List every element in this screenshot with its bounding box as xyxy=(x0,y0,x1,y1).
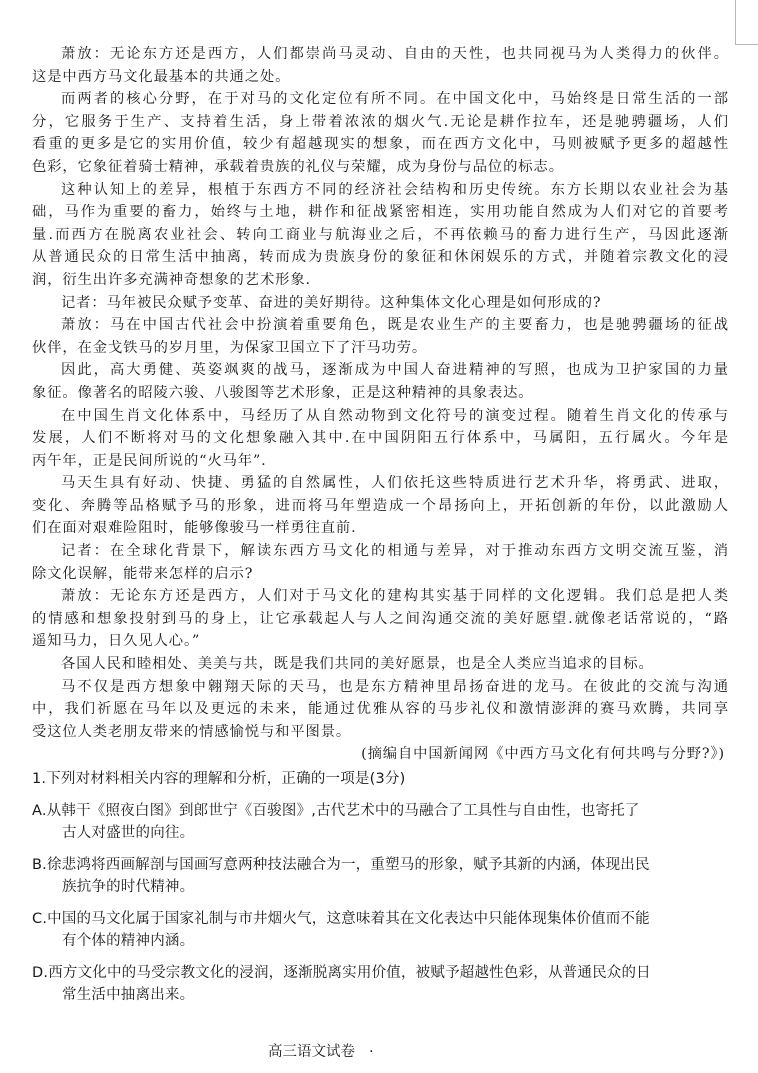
passage-line: 各国人民和睦相处、美美与共，既是我们共同的美好愿景，也是全人类应当追求的目标。 xyxy=(32,653,729,676)
option-text: 西方文化中的马受宗教文化的浸润，逐渐脱离实用价值，被赋予超越性色彩，从普通民众的… xyxy=(48,965,651,981)
option-letter: A. xyxy=(32,803,47,819)
passage-line: 受这位人类老朋友带来的情感愉悦与和平图景。 xyxy=(32,721,729,744)
option-text-continued: 常生活中抽离出来。 xyxy=(32,984,732,1007)
paragraph: 这种认知上的差异，根植于东西方不同的经济社会结构和历史传统。东方长期以农业社会为… xyxy=(32,179,729,292)
option-a[interactable]: A.从韩干《照夜白图》到郎世宁《百骏图》,古代艺术中的马融合了工具性与自由性，也… xyxy=(32,800,732,845)
passage-line: 萧放：无论东方还是西方，人们对于马文化的建构其实基于同样的文化逻辑。我们总是把人… xyxy=(32,585,729,608)
passage-line: 发展，人们不断将对马的文化想象融入其中.在中国阴阳五行体系中，马属阳，五行属火。… xyxy=(32,427,729,450)
passage-line: 萧放：马在中国古代社会中扮演着重要角色，既是农业生产的主要畜力，也是驰骋疆场的征… xyxy=(32,314,729,337)
passage-source-citation: (摘编自中国新闻网《中西方马文化有何共鸣与分野?》) xyxy=(32,743,729,766)
passage-line: 量.而西方在脱离农业社会、转向工商业与航海业之后，不再依赖马的畜力进行生产，马因… xyxy=(32,224,729,247)
passage-line: 因此，高大勇健、英姿飒爽的战马，逐渐成为中国人奋进精神的写照，也成为卫护家国的力… xyxy=(32,359,729,382)
paragraph: 记者：马年被民众赋予变革、奋进的美好期待。这种集体文化心理是如何形成的? xyxy=(32,292,729,315)
paragraph: 在中国生肖文化体系中，马经历了从自然动物到文化符号的演变过程。随着生肖文化的传承… xyxy=(32,405,729,473)
option-text-continued: 有个体的精神内涵。 xyxy=(32,930,732,953)
passage-line: 们在面对艰难险阻时，能够像骏马一样勇往直前. xyxy=(32,517,729,540)
footer-page-dot: · xyxy=(369,1044,374,1060)
reading-passage: 萧放：无论东方还是西方，人们都崇尚马灵动、自由的天性，也共同视马为人类得力的伙伴… xyxy=(32,43,729,766)
footer-title: 高三语文试卷 xyxy=(268,1044,355,1060)
passage-line: 马天生具有好动、快捷、勇猛的自然属性，人们依托这些特质进行艺术升华，将勇武、进取… xyxy=(32,472,729,495)
paragraph: 萧放：无论东方还是西方，人们都崇尚马灵动、自由的天性，也共同视马为人类得力的伙伴… xyxy=(32,43,729,88)
page-corner-crop-mark xyxy=(735,0,758,45)
paragraph: 马天生具有好动、快捷、勇猛的自然属性，人们依托这些特质进行艺术升华，将勇武、进取… xyxy=(32,472,729,540)
passage-line: 丙午年，正是民间所说的“火马年”. xyxy=(32,450,729,473)
passage-line: 从普通民众的日常生活中抽离，转而成为贵族身份的象征和休闲娱乐的方式，并随着宗教文… xyxy=(32,246,729,269)
passage-line: 的情感和想象投射到马的身上，让它承载起人与人之间沟通交流的美好愿望.就像老话常说… xyxy=(32,608,729,631)
paragraph: 各国人民和睦相处、美美与共，既是我们共同的美好愿景，也是全人类应当追求的目标。 xyxy=(32,653,729,676)
option-text-continued: 族抗争的时代精神。 xyxy=(32,876,732,899)
option-text: 从韩干《照夜白图》到郎世宁《百骏图》,古代艺术中的马融合了工具性与自由性，也寄托… xyxy=(47,803,640,819)
passage-line: 而两者的核心分野，在于对马的文化定位有所不同。在中国文化中，马始终是日常生活的一… xyxy=(32,88,729,111)
passage-line: 础，马作为重要的畜力，始终与土地，耕作和征战紧密相连，实用功能自然成为人们对它的… xyxy=(32,201,729,224)
paragraph: 因此，高大勇健、英姿飒爽的战马，逐渐成为中国人奋进精神的写照，也成为卫护家国的力… xyxy=(32,359,729,404)
option-letter: D. xyxy=(32,965,48,981)
paragraph: 而两者的核心分野，在于对马的文化定位有所不同。在中国文化中，马始终是日常生活的一… xyxy=(32,88,729,178)
option-letter: C. xyxy=(32,911,47,927)
passage-line: 遥知马力，日久见人心。” xyxy=(32,630,729,653)
passage-line: 马不仅是西方想象中翱翔天际的天马，也是东方精神里昂扬奋进的龙马。在彼此的交流与沟… xyxy=(32,676,729,699)
option-b[interactable]: B.徐悲鸿将西画解剖与国画写意两种技法融合为一，重塑马的形象，赋予其新的内涵，体… xyxy=(32,854,732,899)
page-footer: 高三语文试卷· xyxy=(268,1040,374,1061)
option-letter: B. xyxy=(32,857,47,873)
passage-line: 中，我们祈愿在马年以及更远的未来，能通过优雅从容的马步礼仪和激情澎湃的赛马欢腾，… xyxy=(32,698,729,721)
option-text-continued: 古人对盛世的向往。 xyxy=(32,822,732,845)
passage-line: 在中国生肖文化体系中，马经历了从自然动物到文化符号的演变过程。随着生肖文化的传承… xyxy=(32,405,729,428)
passage-line: 这是中西方马文化最基本的共通之处。 xyxy=(32,66,729,89)
option-c[interactable]: C.中国的马文化属于国家礼制与市井烟火气，这意味着其在文化表达中只能体现集体价值… xyxy=(32,908,732,953)
option-text: 徐悲鸿将西画解剖与国画写意两种技法融合为一，重塑马的形象，赋予其新的内涵，体现出… xyxy=(47,857,650,873)
passage-line: 色彩，它象征着骑士精神，承载着贵族的礼仪与荣耀，成为身份与品位的标志。 xyxy=(32,156,729,179)
passage-line: 润，衍生出许多充满神奇想象的艺术形象. xyxy=(32,269,729,292)
passage-line: 萧放：无论东方还是西方，人们都崇尚马灵动、自由的天性，也共同视马为人类得力的伙伴… xyxy=(32,43,729,66)
passage-line: 除文化误解，能带来怎样的启示? xyxy=(32,563,729,586)
paragraph: 马不仅是西方想象中翱翔天际的天马，也是东方精神里昂扬奋进的龙马。在彼此的交流与沟… xyxy=(32,676,729,744)
question-stem: 1.下列对材料相关内容的理解和分析，正确的一项是(3分) xyxy=(32,768,732,791)
passage-line: 分，它服务于生产、支持着生活，身上带着浓浓的烟火气.无论是耕作拉车，还是驰骋疆场… xyxy=(32,111,729,134)
passage-line: 记者：在全球化背景下，解读东西方马文化的相通与差异，对于推动东西方文明交流互鉴，… xyxy=(32,540,729,563)
paragraph: 萧放：无论东方还是西方，人们对于马文化的建构其实基于同样的文化逻辑。我们总是把人… xyxy=(32,585,729,653)
question-block: 1.下列对材料相关内容的理解和分析，正确的一项是(3分) A.从韩干《照夜白图》… xyxy=(32,768,732,1007)
passage-line: 看重的更多是它的实用价值，较少有超越现实的想象，而在西方文化中，马则被赋予更多的… xyxy=(32,133,729,156)
paragraph: 记者：在全球化背景下，解读东西方马文化的相通与差异，对于推动东西方文明交流互鉴，… xyxy=(32,540,729,585)
option-d[interactable]: D.西方文化中的马受宗教文化的浸润，逐渐脱离实用价值，被赋予超越性色彩，从普通民… xyxy=(32,962,732,1007)
passage-line: 伙伴，在金戈铁马的岁月里，为保家卫国立下了汗马功劳。 xyxy=(32,337,729,360)
passage-line: 象征。像著名的昭陵六骏、八骏图等艺术形象，正是这种精神的具象表达。 xyxy=(32,382,729,405)
paragraph: 萧放：马在中国古代社会中扮演着重要角色，既是农业生产的主要畜力，也是驰骋疆场的征… xyxy=(32,314,729,359)
option-text: 中国的马文化属于国家礼制与市井烟火气，这意味着其在文化表达中只能体现集体价值而不… xyxy=(47,911,650,927)
passage-line: 这种认知上的差异，根植于东西方不同的经济社会结构和历史传统。东方长期以农业社会为… xyxy=(32,179,729,202)
passage-line: 记者：马年被民众赋予变革、奋进的美好期待。这种集体文化心理是如何形成的? xyxy=(32,292,729,315)
passage-line: 变化、奔腾等品格赋予马的形象，进而将马年塑造成一个昂扬向上，开拓创新的年份，以此… xyxy=(32,495,729,518)
